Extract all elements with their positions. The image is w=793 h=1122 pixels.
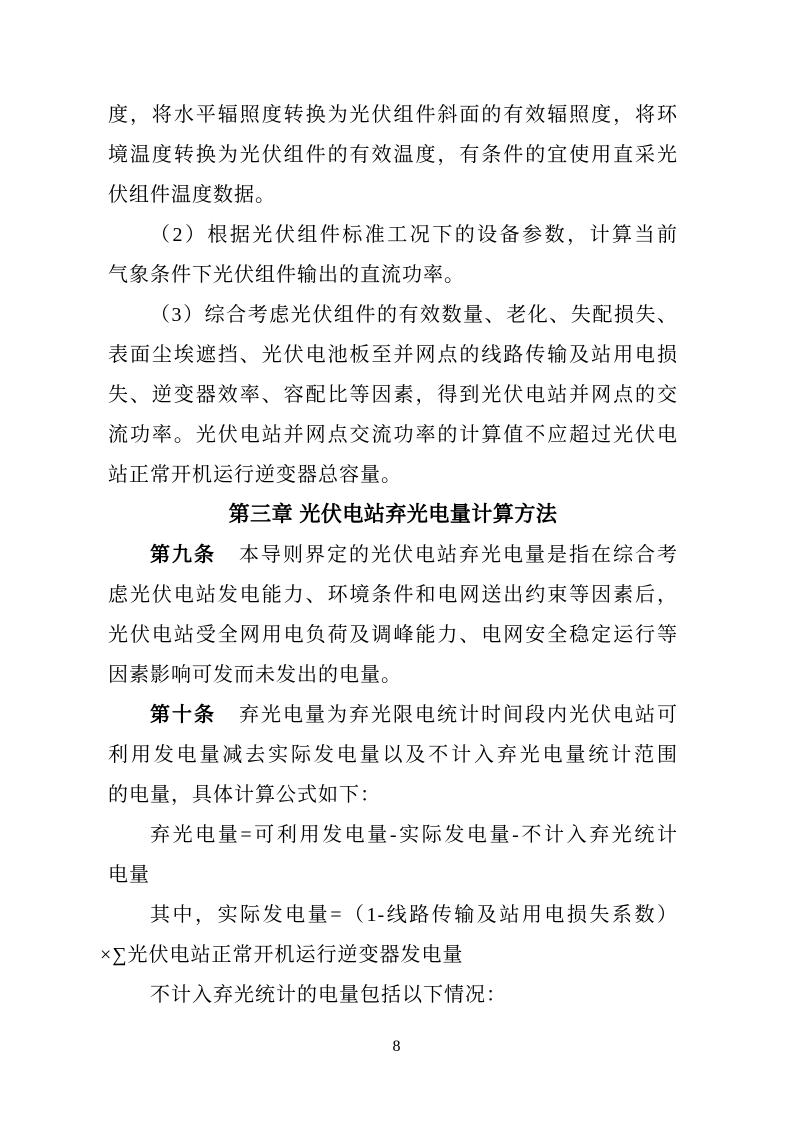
- body-line: 伏组件温度数据。: [108, 175, 678, 215]
- chapter-heading: 第三章 光伏电站弃光电量计算方法: [108, 495, 678, 535]
- article-10-line: 的电量，具体计算公式如下：: [108, 775, 678, 815]
- actual-generation-formula-line: 其中，实际发电量=（1-线路传输及站用电损失系数）: [108, 895, 678, 935]
- list-item-3-line: （3）综合考虑光伏组件的有效数量、老化、失配损失、: [108, 295, 678, 335]
- article-10-first-line: 第十条弃光电量为弃光限电统计时间段内光伏电站可: [108, 695, 678, 735]
- list-item-3-line: 失、逆变器效率、容配比等因素，得到光伏电站并网点的交: [108, 375, 678, 415]
- curtailment-formula-line: 电量: [108, 855, 678, 895]
- body-line: 度，将水平辐照度转换为光伏组件斜面的有效辐照度，将环: [108, 95, 678, 135]
- list-item-3-line: 站正常开机运行逆变器总容量。: [108, 455, 678, 495]
- article-10-text: 弃光电量为弃光限电统计时间段内光伏电站可: [239, 704, 678, 726]
- curtailment-formula-line: 弃光电量=可利用发电量-实际发电量-不计入弃光统计: [108, 815, 678, 855]
- document-body: 度，将水平辐照度转换为光伏组件斜面的有效辐照度，将环 境温度转换为光伏组件的有效…: [108, 95, 678, 1015]
- page-number: 8: [393, 1038, 401, 1055]
- article-10-label: 第十条: [150, 704, 216, 726]
- excluded-energy-intro-line: 不计入弃光统计的电量包括以下情况：: [108, 975, 678, 1015]
- article-9-text: 本导则界定的光伏电站弃光电量是指在综合考: [239, 544, 678, 566]
- article-9-first-line: 第九条本导则界定的光伏电站弃光电量是指在综合考: [108, 535, 678, 575]
- body-line: 境温度转换为光伏组件的有效温度，有条件的宜使用直采光: [108, 135, 678, 175]
- list-item-3-line: 流功率。光伏电站并网点交流功率的计算值不应超过光伏电: [108, 415, 678, 455]
- article-9-line: 虑光伏电站发电能力、环境条件和电网送出约束等因素后，: [108, 575, 678, 615]
- article-9-line: 因素影响可发而未发出的电量。: [108, 655, 678, 695]
- article-9-line: 光伏电站受全网用电负荷及调峰能力、电网安全稳定运行等: [108, 615, 678, 655]
- list-item-2-line: 气象条件下光伏组件输出的直流功率。: [108, 255, 678, 295]
- article-9-label: 第九条: [150, 544, 216, 566]
- article-10-line: 利用发电量减去实际发电量以及不计入弃光电量统计范围: [108, 735, 678, 775]
- document-page: 度，将水平辐照度转换为光伏组件斜面的有效辐照度，将环 境温度转换为光伏组件的有效…: [0, 0, 793, 1122]
- list-item-3-line: 表面尘埃遮挡、光伏电池板至并网点的线路传输及站用电损: [108, 335, 678, 375]
- actual-generation-formula-line: ×∑光伏电站正常开机运行逆变器发电量: [100, 935, 678, 975]
- list-item-2-line: （2）根据光伏组件标准工况下的设备参数，计算当前: [108, 215, 678, 255]
- page-footer: 8: [0, 1038, 793, 1056]
